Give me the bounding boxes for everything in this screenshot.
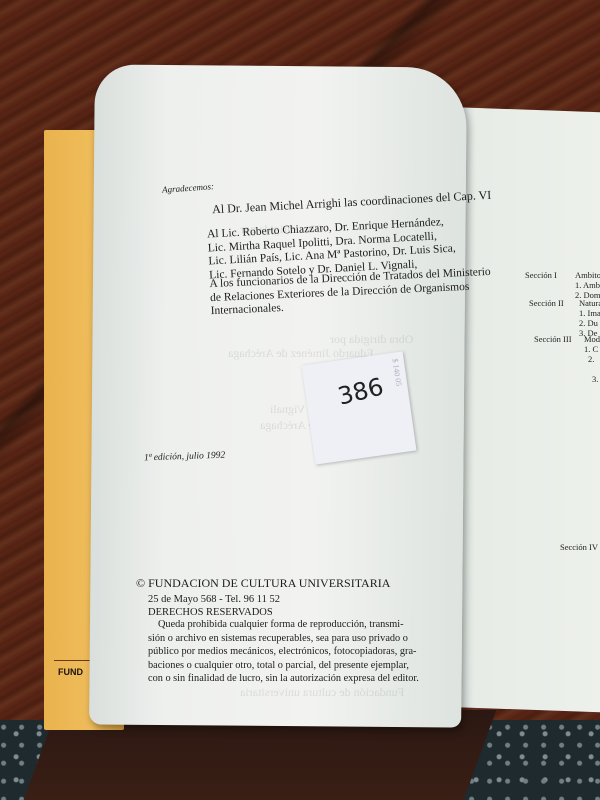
legal-line: con o sin finalidad de lucro, sin la aut… xyxy=(148,672,468,686)
toc-section-label: Sección I xyxy=(525,270,575,280)
toc-item-3: 3. xyxy=(592,374,598,384)
toc-section-title: Ambito xyxy=(575,270,600,280)
copyright-icon: © xyxy=(136,576,145,590)
price-sticker: $ 140 05 386 xyxy=(302,351,417,464)
toc-section-3: Sección IIIModi 1. C 2. xyxy=(534,334,600,364)
cover-text: FUND xyxy=(58,667,83,677)
legal-line: público por medios mecánicos, electrónic… xyxy=(148,645,468,659)
toc-item: 2. Du xyxy=(529,318,600,328)
bleed-through-text: Fundación de cultura universitaria xyxy=(240,685,404,700)
toc-item: 1. C xyxy=(534,344,600,354)
publisher-name: © FUNDACION DE CULTURA UNIVERSITARIA xyxy=(136,576,390,591)
bleed-through-text: Obra dirigida por xyxy=(330,332,413,347)
sticker-stamp: $ 140 05 xyxy=(391,358,404,387)
address-line: 25 de Mayo 568 - Tel. 96 11 52 xyxy=(148,594,280,607)
legal-notice: Queda prohibida cualquier forma de repro… xyxy=(148,618,468,686)
publisher-address: 25 de Mayo 568 - Tel. 96 11 52 DERECHOS … xyxy=(148,594,280,619)
toc-section-title: Modi xyxy=(584,334,600,344)
toc-section-4: Sección IV xyxy=(560,542,598,552)
legal-line: sión o archivo en sistemas recuperables,… xyxy=(148,632,468,646)
toc-section-1: Sección IAmbito 1. Amb 2. Dom xyxy=(525,270,600,300)
toc-section-2: Sección IINatura 1. Ima 2. Du 3. De xyxy=(529,298,600,338)
toc-item: 1. Ima xyxy=(529,308,600,318)
legal-line: baciones o cualquier otro, total o parci… xyxy=(148,659,468,673)
toc-section-label: Sección III xyxy=(534,334,584,344)
publisher-name-text: FUNDACION DE CULTURA UNIVERSITARIA xyxy=(148,576,390,590)
legal-line: Queda prohibida cualquier forma de repro… xyxy=(148,618,468,632)
toc-section-title: Natura xyxy=(579,298,600,308)
toc-item: 2. xyxy=(534,354,600,364)
toc-section-label: Sección II xyxy=(529,298,579,308)
toc-item: 1. Amb xyxy=(525,280,600,290)
sticker-number: 386 xyxy=(335,372,386,410)
